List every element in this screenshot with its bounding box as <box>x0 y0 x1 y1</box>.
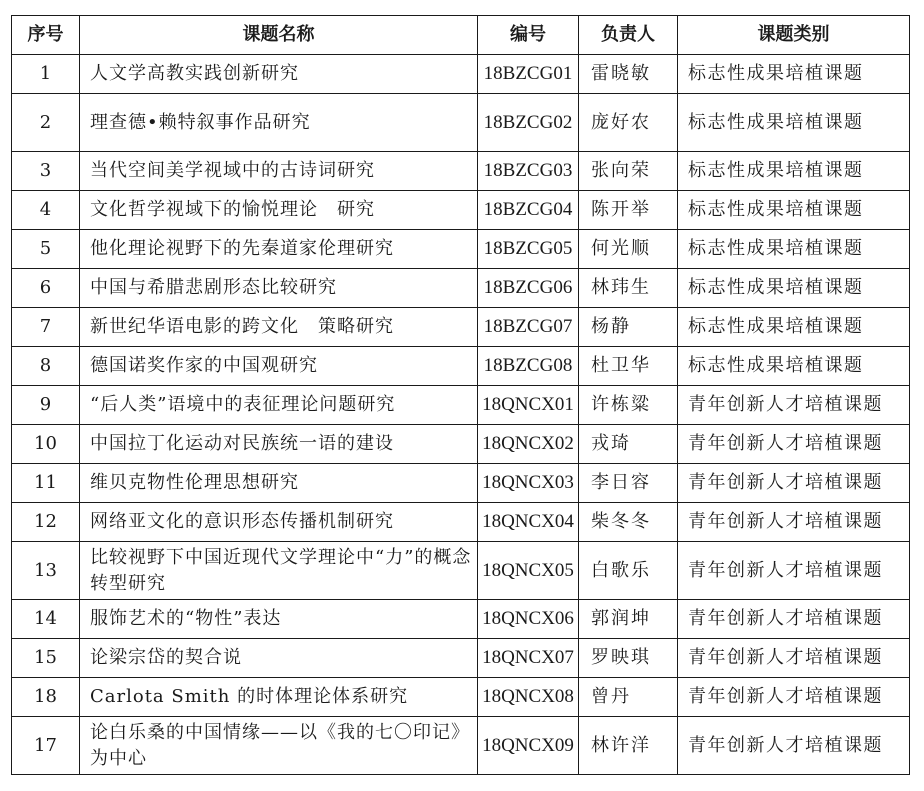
table-row: 1 人文学高教实践创新研究 18BZCG01 雷晓敏 标志性成果培植课题 <box>12 55 910 94</box>
row-no: 17 <box>12 717 80 775</box>
row-no: 15 <box>12 639 80 678</box>
row-code: 18BZCG08 <box>478 347 579 386</box>
table-row: 14 服饰艺术的“物性”表达 18QNCX06 郭润坤 青年创新人才培植课题 <box>12 600 910 639</box>
header-title: 课题名称 <box>80 16 478 55</box>
row-category: 青年创新人才培植课题 <box>678 717 910 775</box>
row-lead: 戎琦 <box>579 425 678 464</box>
row-code: 18BZCG04 <box>478 191 579 230</box>
table-row: 3 当代空间美学视域中的古诗词研究 18BZCG03 张向荣 标志性成果培植课题 <box>12 152 910 191</box>
row-lead: 杨静 <box>579 308 678 347</box>
row-category: 标志性成果培植课题 <box>678 347 910 386</box>
row-title: 论梁宗岱的契合说 <box>80 639 478 678</box>
header-code: 编号 <box>478 16 579 55</box>
row-code: 18QNCX09 <box>478 717 579 775</box>
table-row: 5 他化理论视野下的先秦道家伦理研究 18BZCG05 何光顺 标志性成果培植课… <box>12 230 910 269</box>
row-category: 标志性成果培植课题 <box>678 152 910 191</box>
table-row: 6 中国与希腊悲剧形态比较研究 18BZCG06 林玮生 标志性成果培植课题 <box>12 269 910 308</box>
row-lead: 李日容 <box>579 464 678 503</box>
row-lead: 林许洋 <box>579 717 678 775</box>
table-row: 12 网络亚文化的意识形态传播机制研究 18QNCX04 柴冬冬 青年创新人才培… <box>12 503 910 542</box>
row-title: 中国与希腊悲剧形态比较研究 <box>80 269 478 308</box>
table-row: 11 维贝克物性伦理思想研究 18QNCX03 李日容 青年创新人才培植课题 <box>12 464 910 503</box>
row-no: 1 <box>12 55 80 94</box>
row-lead: 杜卫华 <box>579 347 678 386</box>
row-lead: 白歌乐 <box>579 542 678 600</box>
row-category: 青年创新人才培植课题 <box>678 542 910 600</box>
table-row: 15 论梁宗岱的契合说 18QNCX07 罗映琪 青年创新人才培植课题 <box>12 639 910 678</box>
row-title: 当代空间美学视域中的古诗词研究 <box>80 152 478 191</box>
row-no: 6 <box>12 269 80 308</box>
row-no: 7 <box>12 308 80 347</box>
row-no: 9 <box>12 386 80 425</box>
row-title: 服饰艺术的“物性”表达 <box>80 600 478 639</box>
row-no: 3 <box>12 152 80 191</box>
row-category: 标志性成果培植课题 <box>678 55 910 94</box>
row-code: 18BZCG02 <box>478 94 579 152</box>
row-no: 8 <box>12 347 80 386</box>
table-row: 4 文化哲学视域下的愉悦理论 研究 18BZCG04 陈开举 标志性成果培植课题 <box>12 191 910 230</box>
row-lead: 张向荣 <box>579 152 678 191</box>
row-category: 标志性成果培植课题 <box>678 269 910 308</box>
row-lead: 庞好农 <box>579 94 678 152</box>
table-row: 18 Carlota Smith 的时体理论体系研究 18QNCX08 曾丹 青… <box>12 678 910 717</box>
table-row: 2 理查德•赖特叙事作品研究 18BZCG02 庞好农 标志性成果培植课题 <box>12 94 910 152</box>
row-code: 18BZCG06 <box>478 269 579 308</box>
row-lead: 何光顺 <box>579 230 678 269</box>
table-header-row: 序号 课题名称 编号 负责人 课题类别 <box>12 16 910 55</box>
row-title: 维贝克物性伦理思想研究 <box>80 464 478 503</box>
row-title: 文化哲学视域下的愉悦理论 研究 <box>80 191 478 230</box>
row-category: 标志性成果培植课题 <box>678 230 910 269</box>
row-no: 11 <box>12 464 80 503</box>
header-lead: 负责人 <box>579 16 678 55</box>
table-row: 17 论白乐桑的中国情缘——以《我的七〇印记》为中心 18QNCX09 林许洋 … <box>12 717 910 775</box>
row-category: 青年创新人才培植课题 <box>678 464 910 503</box>
row-no: 13 <box>12 542 80 600</box>
row-category: 标志性成果培植课题 <box>678 308 910 347</box>
row-category: 青年创新人才培植课题 <box>678 503 910 542</box>
row-category: 青年创新人才培植课题 <box>678 639 910 678</box>
row-code: 18QNCX02 <box>478 425 579 464</box>
row-code: 18QNCX01 <box>478 386 579 425</box>
row-lead: 林玮生 <box>579 269 678 308</box>
row-title: 网络亚文化的意识形态传播机制研究 <box>80 503 478 542</box>
row-code: 18QNCX08 <box>478 678 579 717</box>
row-category: 青年创新人才培植课题 <box>678 600 910 639</box>
table-row: 8 德国诺奖作家的中国观研究 18BZCG08 杜卫华 标志性成果培植课题 <box>12 347 910 386</box>
row-no: 12 <box>12 503 80 542</box>
row-code: 18QNCX03 <box>478 464 579 503</box>
row-no: 18 <box>12 678 80 717</box>
row-title: 德国诺奖作家的中国观研究 <box>80 347 478 386</box>
row-lead: 曾丹 <box>579 678 678 717</box>
row-lead: 雷晓敏 <box>579 55 678 94</box>
row-title: 人文学高教实践创新研究 <box>80 55 478 94</box>
row-title: 比较视野下中国近现代文学理论中“力”的概念转型研究 <box>80 542 478 600</box>
row-lead: 柴冬冬 <box>579 503 678 542</box>
table-row: 7 新世纪华语电影的跨文化 策略研究 18BZCG07 杨静 标志性成果培植课题 <box>12 308 910 347</box>
row-lead: 陈开举 <box>579 191 678 230</box>
row-title: 理查德•赖特叙事作品研究 <box>80 94 478 152</box>
row-code: 18QNCX06 <box>478 600 579 639</box>
row-lead: 许栋粱 <box>579 386 678 425</box>
row-no: 2 <box>12 94 80 152</box>
row-category: 青年创新人才培植课题 <box>678 386 910 425</box>
row-title: 他化理论视野下的先秦道家伦理研究 <box>80 230 478 269</box>
row-code: 18QNCX04 <box>478 503 579 542</box>
table-row: 13 比较视野下中国近现代文学理论中“力”的概念转型研究 18QNCX05 白歌… <box>12 542 910 600</box>
row-code: 18BZCG07 <box>478 308 579 347</box>
table-row: 10 中国拉丁化运动对民族统一语的建设 18QNCX02 戎琦 青年创新人才培植… <box>12 425 910 464</box>
table-row: 9 “后人类”语境中的表征理论问题研究 18QNCX01 许栋粱 青年创新人才培… <box>12 386 910 425</box>
row-code: 18BZCG03 <box>478 152 579 191</box>
row-title: 新世纪华语电影的跨文化 策略研究 <box>80 308 478 347</box>
row-title: 论白乐桑的中国情缘——以《我的七〇印记》为中心 <box>80 717 478 775</box>
row-title: “后人类”语境中的表征理论问题研究 <box>80 386 478 425</box>
row-no: 10 <box>12 425 80 464</box>
row-category: 标志性成果培植课题 <box>678 191 910 230</box>
row-title: Carlota Smith 的时体理论体系研究 <box>80 678 478 717</box>
row-code: 18BZCG01 <box>478 55 579 94</box>
row-lead: 郭润坤 <box>579 600 678 639</box>
row-code: 18QNCX05 <box>478 542 579 600</box>
row-code: 18QNCX07 <box>478 639 579 678</box>
row-lead: 罗映琪 <box>579 639 678 678</box>
row-title: 中国拉丁化运动对民族统一语的建设 <box>80 425 478 464</box>
row-no: 4 <box>12 191 80 230</box>
header-category: 课题类别 <box>678 16 910 55</box>
row-no: 14 <box>12 600 80 639</box>
header-no: 序号 <box>12 16 80 55</box>
row-category: 标志性成果培植课题 <box>678 94 910 152</box>
row-category: 青年创新人才培植课题 <box>678 678 910 717</box>
row-code: 18BZCG05 <box>478 230 579 269</box>
research-projects-table: 序号 课题名称 编号 负责人 课题类别 1 人文学高教实践创新研究 18BZCG… <box>11 15 910 775</box>
row-no: 5 <box>12 230 80 269</box>
row-category: 青年创新人才培植课题 <box>678 425 910 464</box>
